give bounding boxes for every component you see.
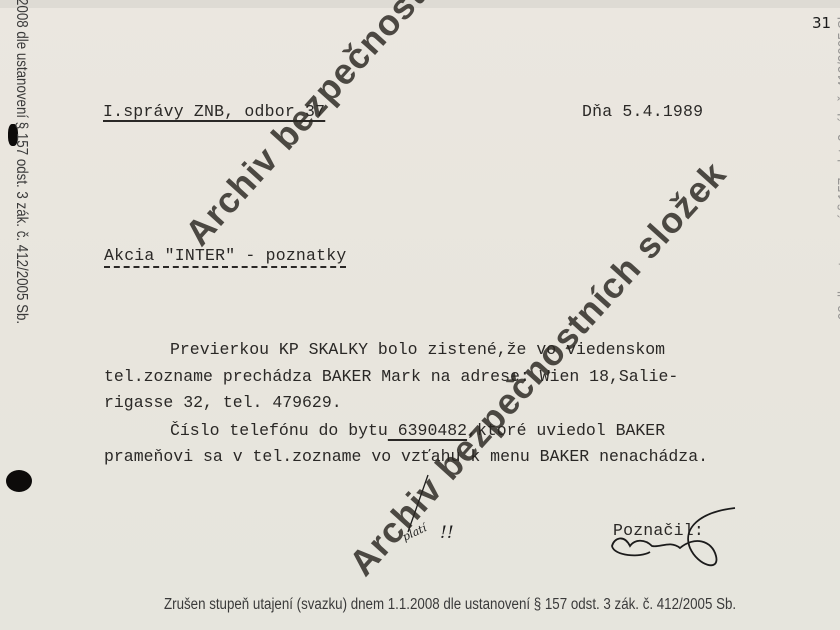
- body-line-4-start: Číslo telefónu do bytu: [170, 421, 388, 440]
- body-line-4: Číslo telefónu do bytu 6390482,ktoré uvi…: [170, 421, 665, 440]
- body-line-2: tel.zozname prechádza BAKER Mark na adre…: [104, 367, 678, 386]
- body-line-5: prameňovi sa v tel.zozname vo vzťahu k m…: [104, 447, 708, 466]
- punch-hole-lower: [6, 470, 32, 492]
- body-line-3: rigasse 32, tel. 479629.: [104, 393, 342, 412]
- subject-text: Akcia "INTER" - poznatky: [104, 246, 346, 268]
- document-date: Dňa 5.4.1989: [582, 99, 703, 125]
- handwritten-note-marks: !!: [440, 523, 454, 543]
- side-stamp-right: 08 dle ustanovení § 157 odst. 3 zák. č. …: [836, 9, 840, 320]
- declassification-stamp: Zrušen stupeň utajení (svazku) dnem 1.1.…: [164, 596, 736, 614]
- signed-by-label: Poznačil:: [613, 518, 704, 544]
- page-number: 31: [812, 14, 831, 32]
- side-stamp-left: 2008 dle ustanovení § 157 odst. 3 zák. č…: [12, 0, 30, 324]
- subject-line: Akcia "INTER" - poznatky: [104, 243, 346, 269]
- body-line-1: Previerkou KP SKALKY bolo zistené,že vo …: [170, 340, 665, 359]
